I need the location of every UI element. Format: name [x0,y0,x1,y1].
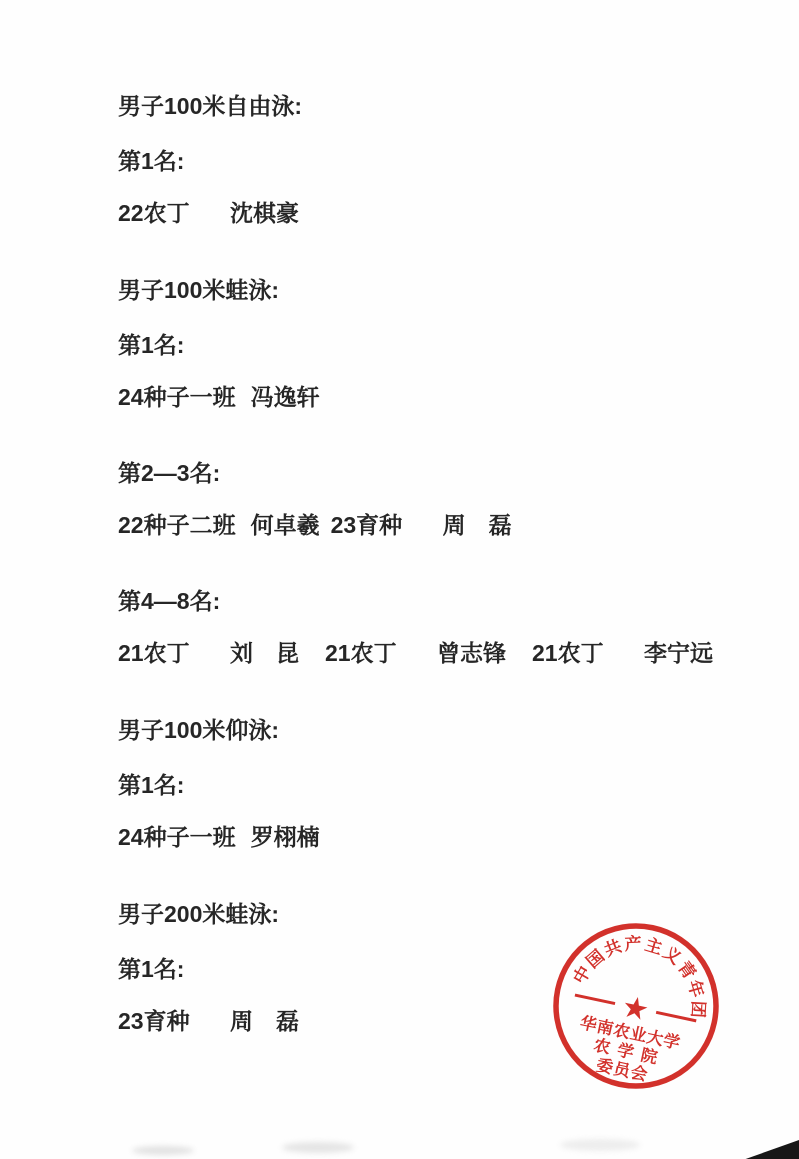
winner-class: 21农丁 [118,640,215,666]
rank-label: 第1名: [118,148,738,174]
rank-label: 第1名: [118,772,738,798]
scan-smudge [282,1142,354,1153]
winner-name: 曾志锋 [437,640,506,666]
winner-name: 李宁远 [644,640,713,666]
rank-group: 第1名:24种子一班冯逸轩 [118,332,738,410]
event-section: 男子100米自由泳:第1名:22农丁沈棋豪 [118,93,738,226]
seal-graphic: 中国共产主义青年团 ★ 华南农业大学 农 学 院 委员会 [551,921,721,1091]
winner-entry: 24种子一班冯逸轩 [118,384,320,410]
results: 男子100米自由泳:第1名:22农丁沈棋豪男子100米蛙泳:第1名:24种子一班… [118,93,738,1034]
winner-entry: 21农丁李宁远 [532,640,728,666]
event-section: 男子100米蛙泳:第1名:24种子一班冯逸轩第2—3名:22种子二班何卓羲23育… [118,277,738,666]
seal-arc-char: 共 [601,936,624,961]
winner-class: 24种子一班 [118,384,236,410]
seal-arc-char: 年 [684,978,708,1000]
rank-label: 第1名: [118,332,738,358]
seal-left-line [575,995,615,1004]
winner-class: 21农丁 [325,640,422,666]
winner-entry: 23育种周 磊 [118,1008,314,1034]
winner-entry: 22农丁沈棋豪 [118,200,314,226]
event-title: 男子100米仰泳: [118,717,738,743]
winner-class: 23育种 [331,512,428,538]
winner-class: 22农丁 [118,200,215,226]
winner-class: 22种子二班 [118,512,236,538]
rank-group: 第2—3名:22种子二班何卓羲23育种周 磊 [118,460,738,538]
winners-row: 24种子一班罗栩楠 [118,824,738,850]
scanned-document-page: 男子100米自由泳:第1名:22农丁沈棋豪男子100米蛙泳:第1名:24种子一班… [0,0,799,1159]
winners-row: 21农丁刘 昆21农丁曾志锋21农丁李宁远 [118,640,738,666]
scan-smudge [560,1139,640,1151]
winner-entry: 22种子二班何卓羲 [118,512,320,538]
winner-name: 沈棋豪 [230,200,299,226]
event-section: 男子100米仰泳:第1名:24种子一班罗栩楠 [118,717,738,850]
winners-row: 22农丁沈棋豪 [118,200,738,226]
winner-name: 冯逸轩 [251,384,320,410]
scan-artifact-corner [741,1140,799,1159]
winner-entry: 21农丁曾志锋 [325,640,521,666]
rank-label: 第2—3名: [118,460,738,486]
winner-class: 24种子一班 [118,824,236,850]
winner-entry: 24种子一班罗栩楠 [118,824,320,850]
winners-row: 24种子一班冯逸轩 [118,384,738,410]
official-seal: 中国共产主义青年团 ★ 华南农业大学 农 学 院 委员会 [551,921,721,1091]
winner-entry: 21农丁刘 昆 [118,640,314,666]
event-title: 男子100米蛙泳: [118,277,738,303]
rank-group: 第1名:22农丁沈棋豪 [118,148,738,226]
event-title: 男子100米自由泳: [118,93,738,119]
rank-group: 第1名:24种子一班罗栩楠 [118,772,738,850]
winners-row: 22种子二班何卓羲23育种周 磊 [118,512,738,538]
seal-arc-char: 团 [688,1000,708,1018]
rank-label: 第4—8名: [118,588,738,614]
winner-class: 21农丁 [532,640,629,666]
winner-name: 周 磊 [230,1008,299,1034]
winner-class: 23育种 [118,1008,215,1034]
winner-name: 何卓羲 [251,512,320,538]
winner-name: 周 磊 [443,512,512,538]
winner-name: 罗栩楠 [251,824,320,850]
winner-name: 刘 昆 [230,640,299,666]
rank-group: 第4—8名:21农丁刘 昆21农丁曾志锋21农丁李宁远 [118,588,738,666]
winner-entry: 23育种周 磊 [331,512,527,538]
seal-arc-char: 产 [624,933,642,954]
scan-smudge [132,1146,194,1155]
